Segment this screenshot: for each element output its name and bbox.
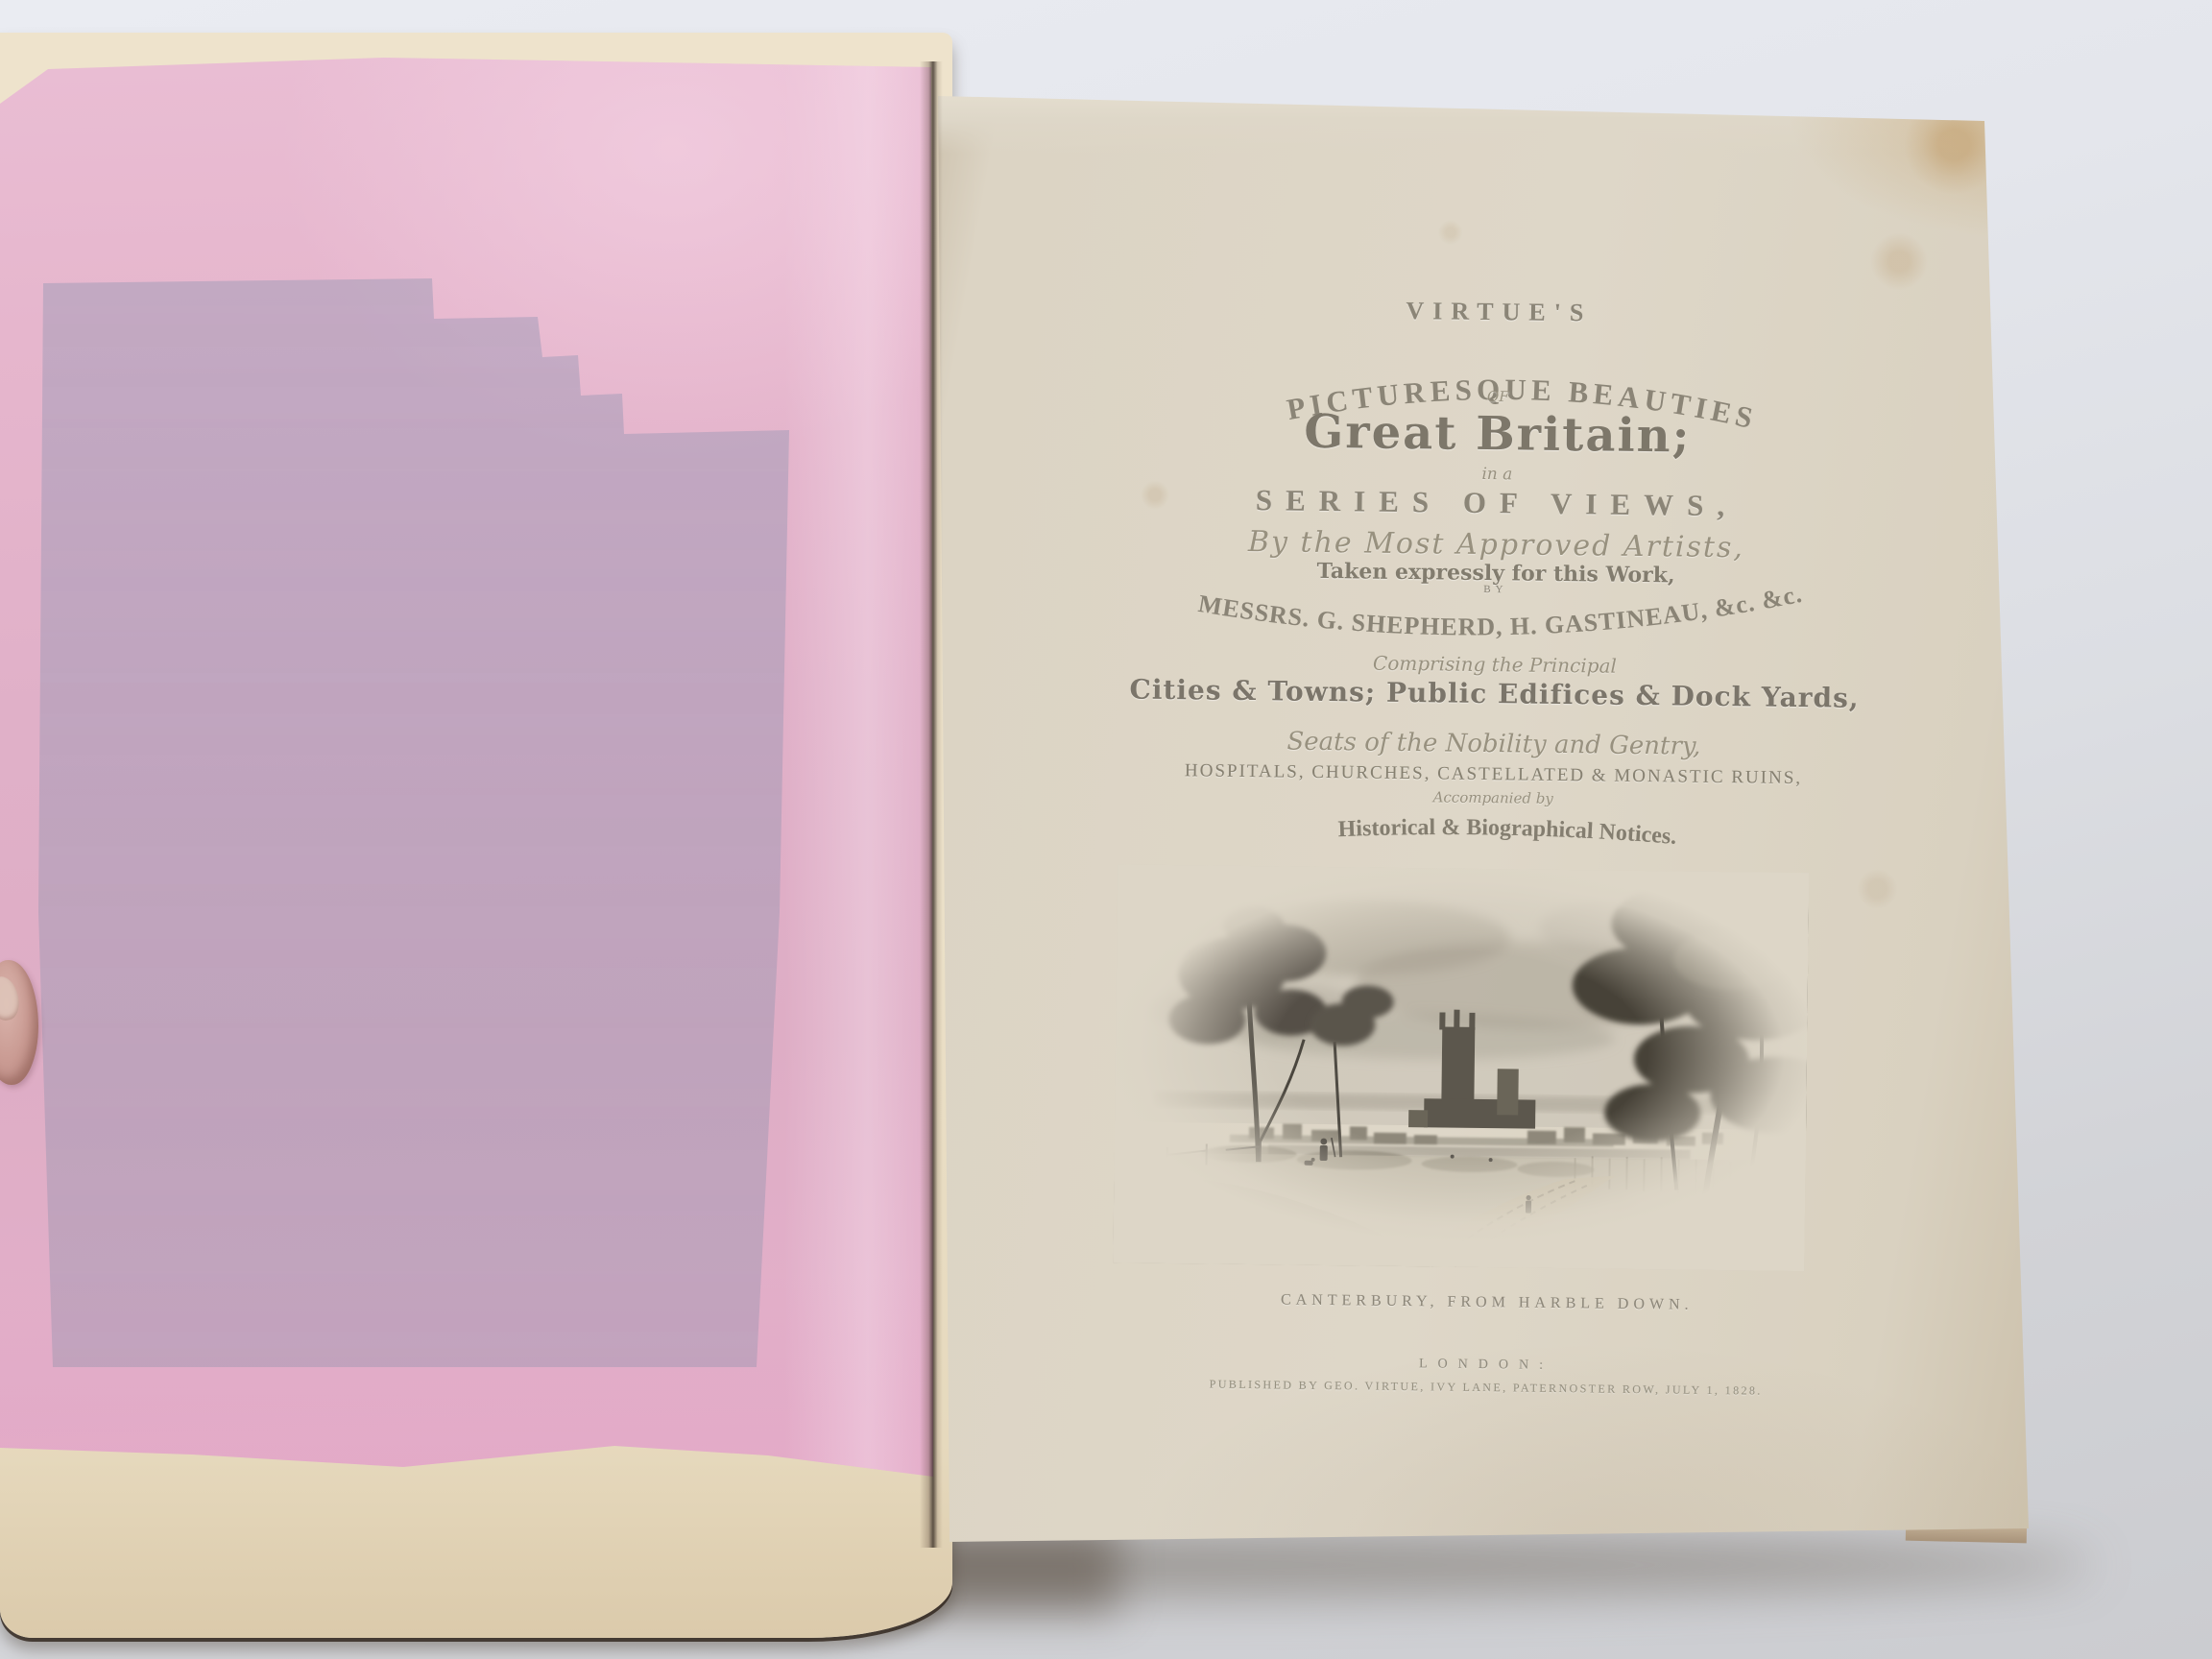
book-gutter-crease <box>920 61 943 1548</box>
photo-open-book: VIRTUE'S PICTURESQUE BEAUTIES OF Great B… <box>0 0 2212 1659</box>
title-line-historical-notices: Historical & Biographical Notices. <box>1337 813 1678 850</box>
canterbury-engraving: Drawn by Geo. Shepherd Engraved by H. Ad… <box>1113 864 1809 1271</box>
title-line-artist-names: MESSRS. G. SHEPHERD, H. GASTINEAU, &c. &… <box>1196 572 1805 645</box>
title-line-virtues: VIRTUE'S <box>971 291 2027 332</box>
imprint-publisher-line: PUBLISHED BY GEO. VIRTUE, IVY LANE, PATE… <box>958 1374 2014 1401</box>
title-line-great-britain: Great Britain; <box>970 400 2027 467</box>
engraving-vignette-fade <box>1113 864 1809 1271</box>
title-line-seats-nobility: Seats of the Nobility and Gentry, <box>966 723 2022 764</box>
thumb-nail <box>0 974 22 1022</box>
svg-text:Historical & Biographical Noti: Historical & Biographical Notices. <box>1337 813 1678 850</box>
arched-line-notices: Historical & Biographical Notices. <box>1209 802 1805 877</box>
engraving-caption: CANTERBURY, FROM HARBLE DOWN. <box>959 1287 2015 1317</box>
title-page-content: VIRTUE'S PICTURESQUE BEAUTIES OF Great B… <box>927 80 2039 1552</box>
svg-text:MESSRS. G. SHEPHERD, H. GASTIN: MESSRS. G. SHEPHERD, H. GASTINEAU, &c. &… <box>1196 572 1805 645</box>
imprint-city: LONDON: <box>958 1351 2014 1379</box>
